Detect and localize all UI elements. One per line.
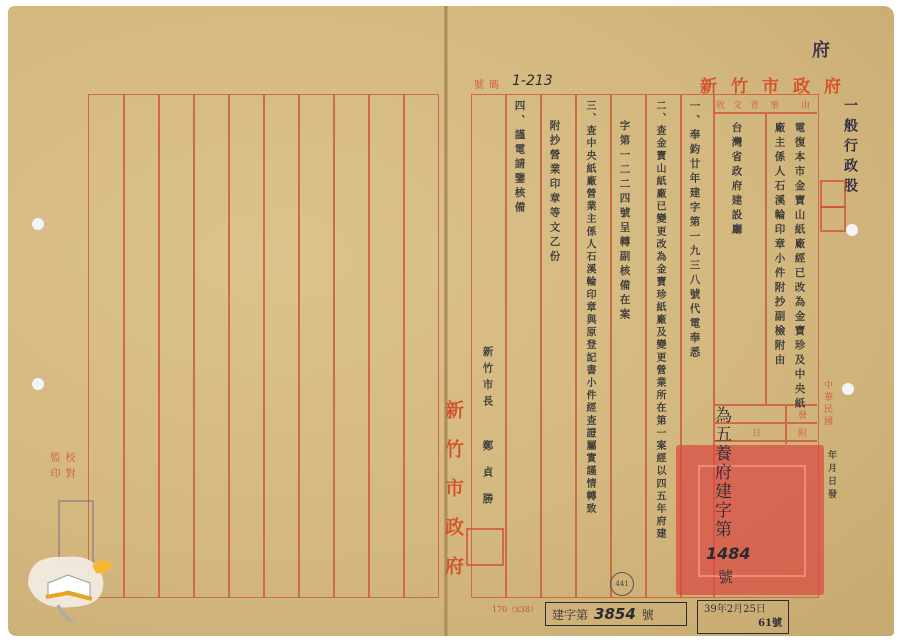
grid-line [785, 404, 787, 444]
body-line-5: 附抄營業印章等文乙份 [549, 120, 560, 265]
category-char: 行 [842, 138, 858, 158]
body-line-3: 字第一二二四號呈轉副核備在案 [619, 120, 630, 323]
grid-line [333, 94, 335, 598]
date-stamp-date: 39年2月25日 [704, 603, 782, 617]
date-stamp-number: 61號 [704, 617, 782, 631]
seal-supervisor-label: 監印 [48, 452, 58, 484]
archive-logo-icon [18, 545, 118, 625]
matter-line-2: 廠主係人石溪輪印章小件附抄副檢附由 [774, 122, 785, 369]
body-line-6: 四、謹電請鑒核備 [514, 100, 525, 216]
grid-line [158, 94, 160, 598]
signature-title: 新竹市長 [482, 346, 493, 412]
receipt-stamp-number: 1484 [706, 544, 751, 563]
binding-hole [842, 383, 854, 395]
grid-line [123, 94, 125, 598]
binding-hole [32, 378, 44, 390]
receiver-text: 台灣省政府建設廳 [731, 122, 742, 238]
republic-date-label: 中華民國 [822, 380, 831, 428]
top-handwritten-mark: 府 [812, 36, 830, 62]
grid-line [765, 112, 767, 404]
grid-line [193, 94, 195, 598]
receipt-seal-stamp [676, 445, 824, 595]
section-seal [820, 206, 846, 232]
form-cell-issue: 發 [798, 408, 807, 421]
form-cell-date: 日 [752, 426, 761, 439]
grid-line [645, 94, 647, 598]
dispatch-number: 3854 [594, 605, 636, 623]
category-char: 政 [842, 158, 858, 178]
receiver-header: 收文者 [716, 98, 767, 111]
dispatch-label: 建字第 [552, 606, 588, 623]
body-line-1: 一、奉鈞廿年建字第一九三八號代電奉悉 [689, 100, 700, 361]
body-line-2: 二、查金寶山紙廠已變更改為金寶珍紙廠及變更營業所在第一案經以四五年府建 [654, 100, 664, 541]
grid-line [228, 94, 230, 598]
handwritten-file-number: 1-213 [512, 73, 553, 89]
header-row-line [713, 112, 817, 114]
printer-mark: 170（x38） [492, 604, 538, 615]
mayor-seal [466, 528, 504, 566]
grid-line [575, 94, 577, 598]
date-note: 年月日發 [826, 450, 835, 502]
dispatch-suffix: 號 [642, 606, 654, 623]
proofread-label: 校對 [63, 452, 73, 484]
date-stamp: 39年2月25日 61號 [697, 600, 789, 634]
grid-line [298, 94, 300, 598]
category-char: 般 [842, 118, 858, 138]
section-seal [820, 180, 846, 208]
binding-hole [32, 218, 44, 230]
form-cell-attach: 附 [798, 426, 807, 439]
matter-line-1: 電復本市金寶山紙廠經已改為金寶珍及中央紙 [794, 122, 805, 412]
binding-hole [846, 224, 858, 236]
grid-line [505, 94, 507, 598]
grid-line [263, 94, 265, 598]
grid-line [368, 94, 370, 598]
number-label: 號碼 [474, 76, 504, 91]
matter-header: 事由 [770, 98, 832, 111]
receipt-stamp-suffix: 號 [718, 566, 733, 587]
grid-line [540, 94, 542, 598]
issuer-red-text: 新竹市政府 [443, 400, 462, 595]
grid-line [610, 94, 612, 598]
dispatch-number-stamp: 建字第 3854 號 [545, 602, 687, 626]
signature-name: 鄭貞勝 [482, 440, 493, 520]
body-line-4: 三、查中央紙廠營業主係人石溪輪印章與原登記書小件經查證屬實謹情轉致 [584, 100, 594, 516]
category-char: 一 [842, 98, 858, 118]
grid-line [403, 94, 405, 598]
receipt-stamp-text: 為五養府建字第 [712, 406, 729, 539]
circle-mark: 441 [610, 572, 634, 596]
